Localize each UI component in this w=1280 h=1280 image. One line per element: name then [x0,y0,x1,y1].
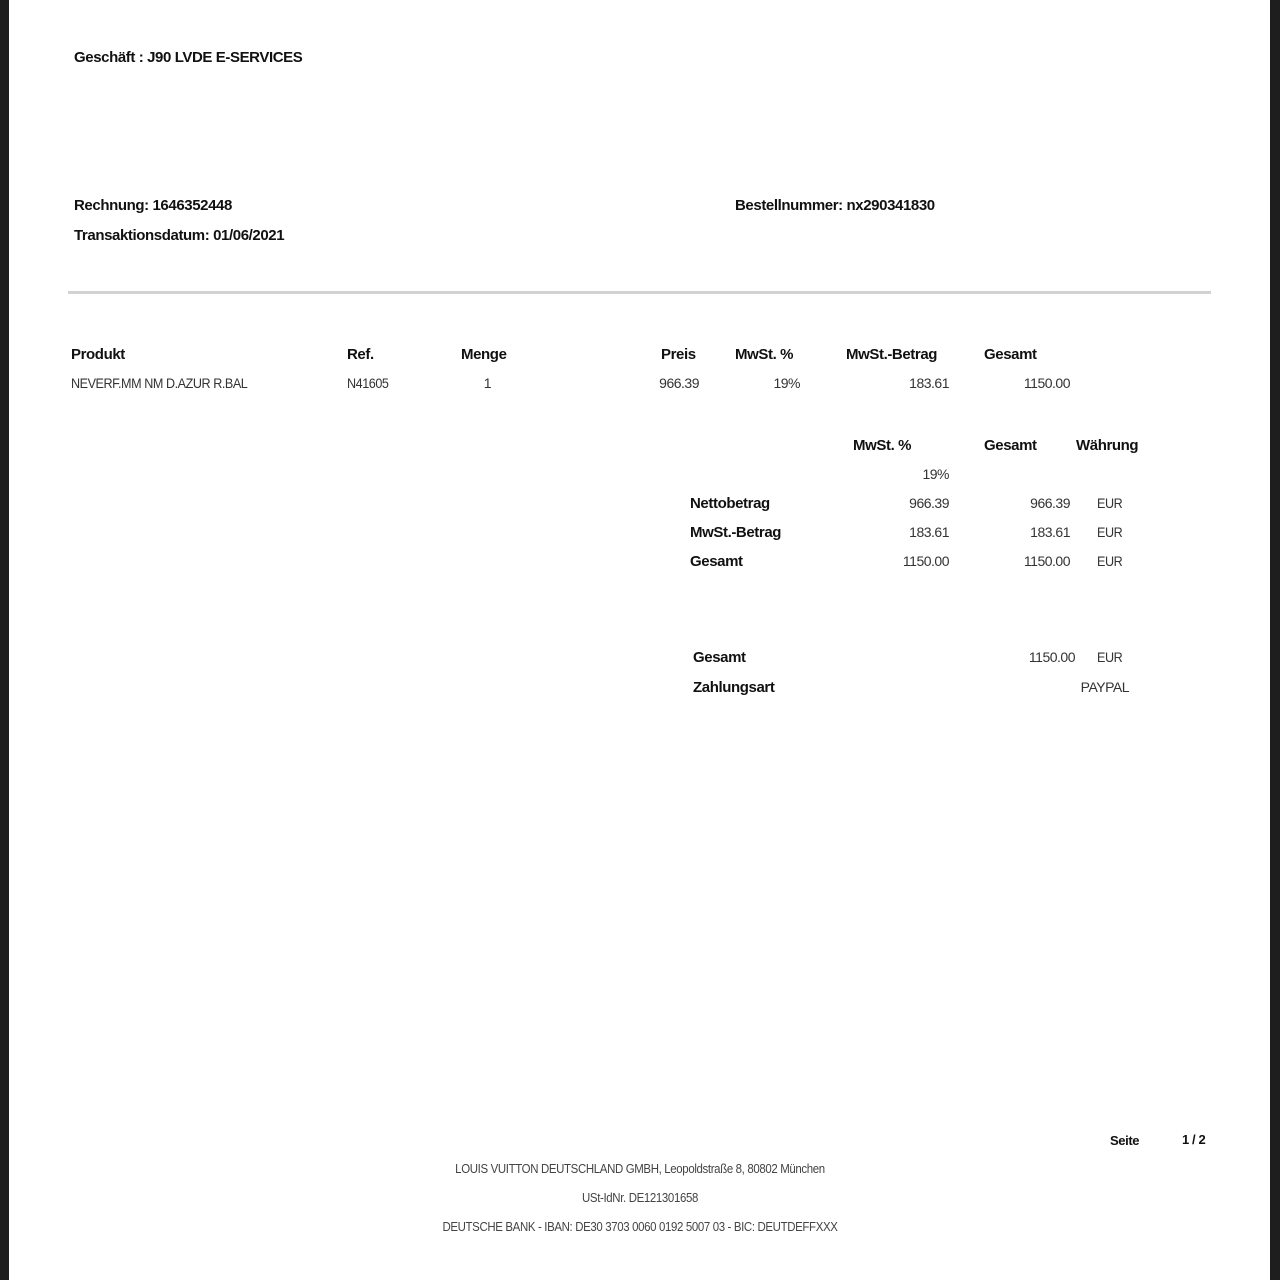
row-vat-percent: 19% [729,375,800,391]
footer-company: LOUIS VUITTON DEUTSCHLAND GMBH, Leopolds… [376,1161,904,1176]
col-vat-amount: MwSt.-Betrag [846,346,937,363]
order-number: Bestellnummer: nx290341830 [735,197,935,214]
store-label: Geschäft : J90 LVDE E-SERVICES [74,49,302,66]
gross-currency: EUR [1097,553,1122,569]
gross-total: 1150.00 [989,553,1070,569]
page-label: Seite [1110,1133,1139,1148]
transaction-date: Transaktionsdatum: 01/06/2021 [74,227,284,244]
footer-vat-id: USt-IdNr. DE121301658 [376,1190,904,1205]
page-number: 1 / 2 [1182,1132,1205,1147]
vat-amount-currency: EUR [1097,524,1122,540]
row-total: 1150.00 [989,375,1070,391]
col-total: Gesamt [984,346,1037,363]
header-divider [68,291,1211,294]
net-currency: EUR [1097,495,1122,511]
vat-amount-value: 183.61 [869,524,949,540]
vat-col-percent: MwSt. % [853,437,911,454]
net-total: 966.39 [989,495,1070,511]
gross-label: Gesamt [690,553,743,570]
col-vat-percent: MwSt. % [735,346,793,363]
net-label: Nettobetrag [690,495,770,512]
col-quantity: Menge [461,346,507,363]
payment-method-label: Zahlungsart [693,679,774,696]
gross-value: 1150.00 [869,553,949,569]
footer-bank: DEUTSCHE BANK - IBAN: DE30 3703 0060 019… [376,1219,904,1234]
net-value: 966.39 [869,495,949,511]
vat-col-total: Gesamt [984,437,1037,454]
row-vat-amount: 183.61 [869,375,949,391]
row-quantity: 1 [461,375,491,391]
row-price: 966.39 [629,375,699,391]
grand-total-value: 1150.00 [995,649,1075,665]
col-product: Produkt [71,346,125,363]
vat-col-currency: Währung [1076,437,1138,454]
row-ref: N41605 [347,375,388,391]
col-price: Preis [661,346,696,363]
vat-rate: 19% [889,466,949,482]
row-product: NEVERF.MM NM D.AZUR R.BAL [71,375,247,391]
payment-method-value: PAYPAL [1049,679,1129,695]
col-ref: Ref. [347,346,374,363]
vat-amount-label: MwSt.-Betrag [690,524,781,541]
invoice-page: Geschäft : J90 LVDE E-SERVICES Rechnung:… [9,0,1270,1280]
vat-amount-total: 183.61 [989,524,1070,540]
grand-total-currency: EUR [1097,649,1122,665]
invoice-number: Rechnung: 1646352448 [74,197,232,214]
grand-total-label: Gesamt [693,649,746,666]
